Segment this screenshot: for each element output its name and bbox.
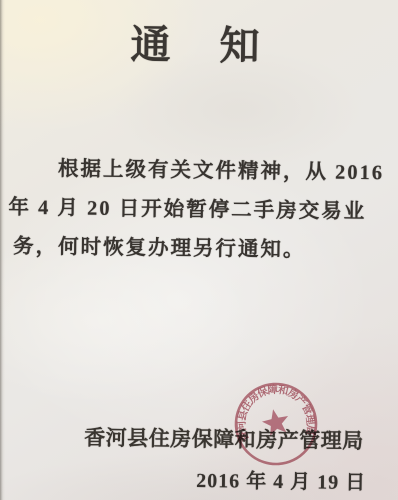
- notice-photo: 通知 根据上级有关文件精神，从 2016 年 4 月 20 日开始暂停二手房交易…: [0, 0, 398, 500]
- notice-body: 根据上级有关文件精神，从 2016 年 4 月 20 日开始暂停二手房交易业 务…: [8, 150, 393, 272]
- issuer-signature: 香河县住房保障和房产管理局: [84, 422, 364, 455]
- notice-title: 通知: [130, 13, 309, 72]
- body-line-3: 务，何时恢复办理另行通知。: [13, 228, 392, 272]
- issue-date: 2016 年 4 月 19 日: [196, 464, 366, 495]
- body-line-2: 年 4 月 20 日开始暂停二手房交易业: [8, 189, 392, 233]
- notice-document: 通知 根据上级有关文件精神，从 2016 年 4 月 20 日开始暂停二手房交易…: [0, 0, 398, 500]
- body-line-1: 根据上级有关文件精神，从 2016: [58, 150, 393, 193]
